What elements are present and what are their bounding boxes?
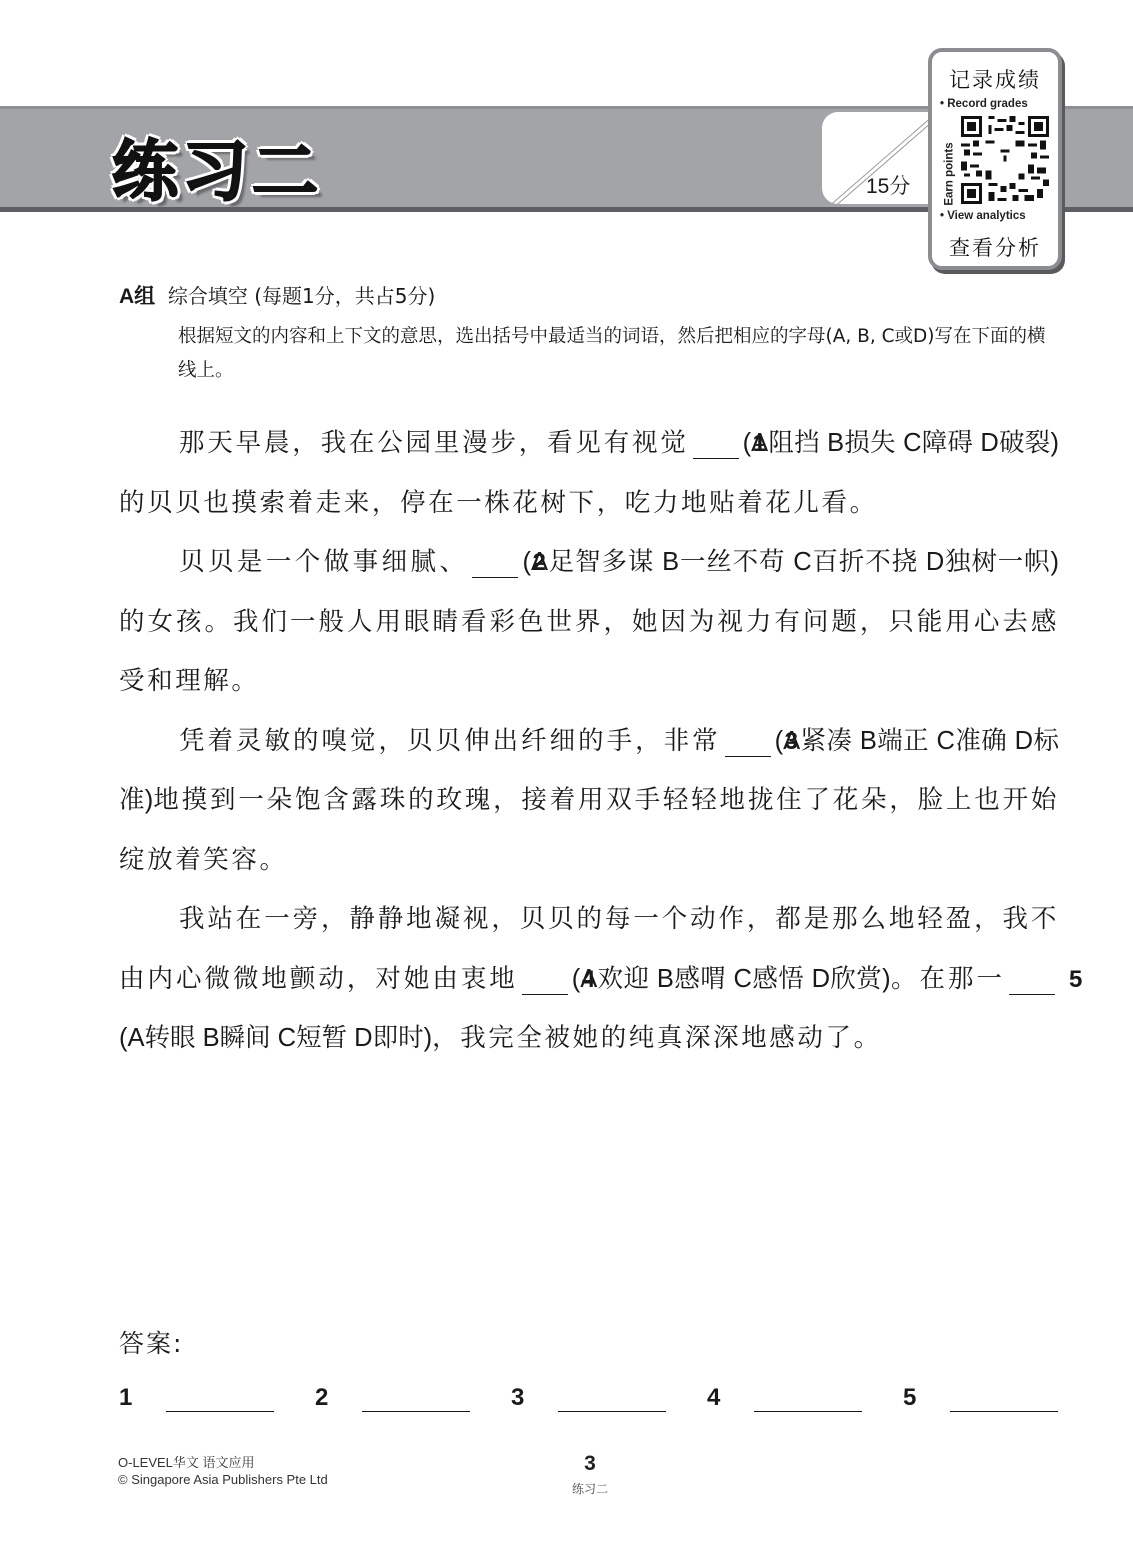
answer-number: 1 xyxy=(119,1384,132,1412)
answer-input-1[interactable] xyxy=(166,1411,274,1412)
text: ，我完全被她的纯真深深地感动了。 xyxy=(432,1023,882,1053)
page-section-label: 练习二 xyxy=(560,1480,620,1497)
paragraph-2: 贝贝是一个做事细腻、2(A足智多谋 B一丝不苟 C百折不挠 D独树一帜)的女孩。… xyxy=(119,533,1059,712)
options-2: (A足智多谋 B一丝不苟 C百折不挠 D独树一帜) xyxy=(522,548,1059,576)
blank-4: 4 xyxy=(522,966,568,995)
paragraph-3: 凭着灵敏的嗅觉，贝贝伸出纤细的手，非常3(A紧凑 B端正 C准确 D标准)地摸到… xyxy=(119,712,1059,891)
qr-earn-points: Earn points xyxy=(944,142,956,205)
page-title: 练习二 xyxy=(112,118,322,213)
footer-book-title: O-LEVEL华文 语文应用 xyxy=(118,1454,328,1471)
qr-record-grades: • Record grades xyxy=(940,98,1028,110)
blank-2: 2 xyxy=(472,549,518,578)
blank-1: 1 xyxy=(693,430,739,459)
blank-3: 3 xyxy=(725,728,771,757)
text: 。在那一 xyxy=(891,964,1005,994)
text: 的贝贝也摸索着走来，停在一株花树下，吃力地贴着花儿看。 xyxy=(119,488,878,518)
qr-card[interactable]: 记录成绩 • Record grades Earn points • View … xyxy=(928,48,1062,270)
paragraph-1: 那天早晨，我在公园里漫步，看见有视觉1(A阻挡 B损失 C障碍 D破裂)的贝贝也… xyxy=(119,414,1059,533)
answer-input-4[interactable] xyxy=(754,1411,862,1412)
answer-number: 3 xyxy=(511,1384,524,1412)
answer-input-3[interactable] xyxy=(558,1411,666,1412)
text: 地摸到一朵饱含露珠的玫瑰，接着用双手轻轻地拢住了花朵，脸上也开始绽放着笑容。 xyxy=(119,785,1059,875)
answer-input-5[interactable] xyxy=(950,1411,1058,1412)
qr-view-analytics: • View analytics xyxy=(940,210,1026,222)
passage: 那天早晨，我在公园里漫步，看见有视觉1(A阻挡 B损失 C障碍 D破裂)的贝贝也… xyxy=(119,414,1059,1069)
options-1: (A阻挡 B损失 C障碍 D破裂) xyxy=(743,429,1059,457)
text: 的女孩。我们一般人用眼睛看彩色世界，她因为视力有问题，只能用心去感受和理解。 xyxy=(119,607,1059,697)
answer-number: 2 xyxy=(315,1384,328,1412)
section-heading: A组 综合填空 (每题1分，共占5分) xyxy=(119,280,435,310)
blank-5: 5 xyxy=(1009,966,1055,995)
footer-credits: O-LEVEL华文 语文应用 © Singapore Asia Publishe… xyxy=(118,1454,328,1488)
qr-code-icon[interactable] xyxy=(960,116,1050,204)
section-instruction: 根据短文的内容和上下文的意思，选出括号中最适当的词语，然后把相应的字母(A, B… xyxy=(178,320,1063,388)
answers-label: 答案: xyxy=(119,1324,183,1360)
text: 凭着灵敏的嗅觉，贝贝伸出纤细的手，非常 xyxy=(179,726,721,756)
answer-number: 4 xyxy=(707,1384,720,1412)
answer-row: 1 2 3 4 5 xyxy=(119,1384,1059,1424)
options-5: (A转眼 B瞬间 C短暂 D即时) xyxy=(119,1024,432,1052)
text: 那天早晨，我在公园里漫步，看见有视觉 xyxy=(179,428,689,458)
paragraph-4: 我站在一旁，静静地凝视，贝贝的每一个动作，都是那么地轻盈，我不由内心微微地颤动，… xyxy=(119,890,1059,1069)
answer-number: 5 xyxy=(903,1384,916,1412)
answer-input-2[interactable] xyxy=(362,1411,470,1412)
total-score: 15分 xyxy=(866,170,910,200)
options-4: (A欢迎 B感喟 C感悟 D欣赏) xyxy=(572,965,891,993)
section-label: A组 xyxy=(119,285,155,308)
page-number: 3 xyxy=(560,1452,620,1476)
section-title: 综合填空 (每题1分，共占5分) xyxy=(168,284,435,308)
qr-record-label: 记录成绩 xyxy=(932,64,1058,94)
qr-analytics-label: 查看分析 xyxy=(932,232,1058,262)
text: 贝贝是一个做事细腻、 xyxy=(179,547,468,577)
footer-copyright: © Singapore Asia Publishers Pte Ltd xyxy=(118,1471,328,1488)
